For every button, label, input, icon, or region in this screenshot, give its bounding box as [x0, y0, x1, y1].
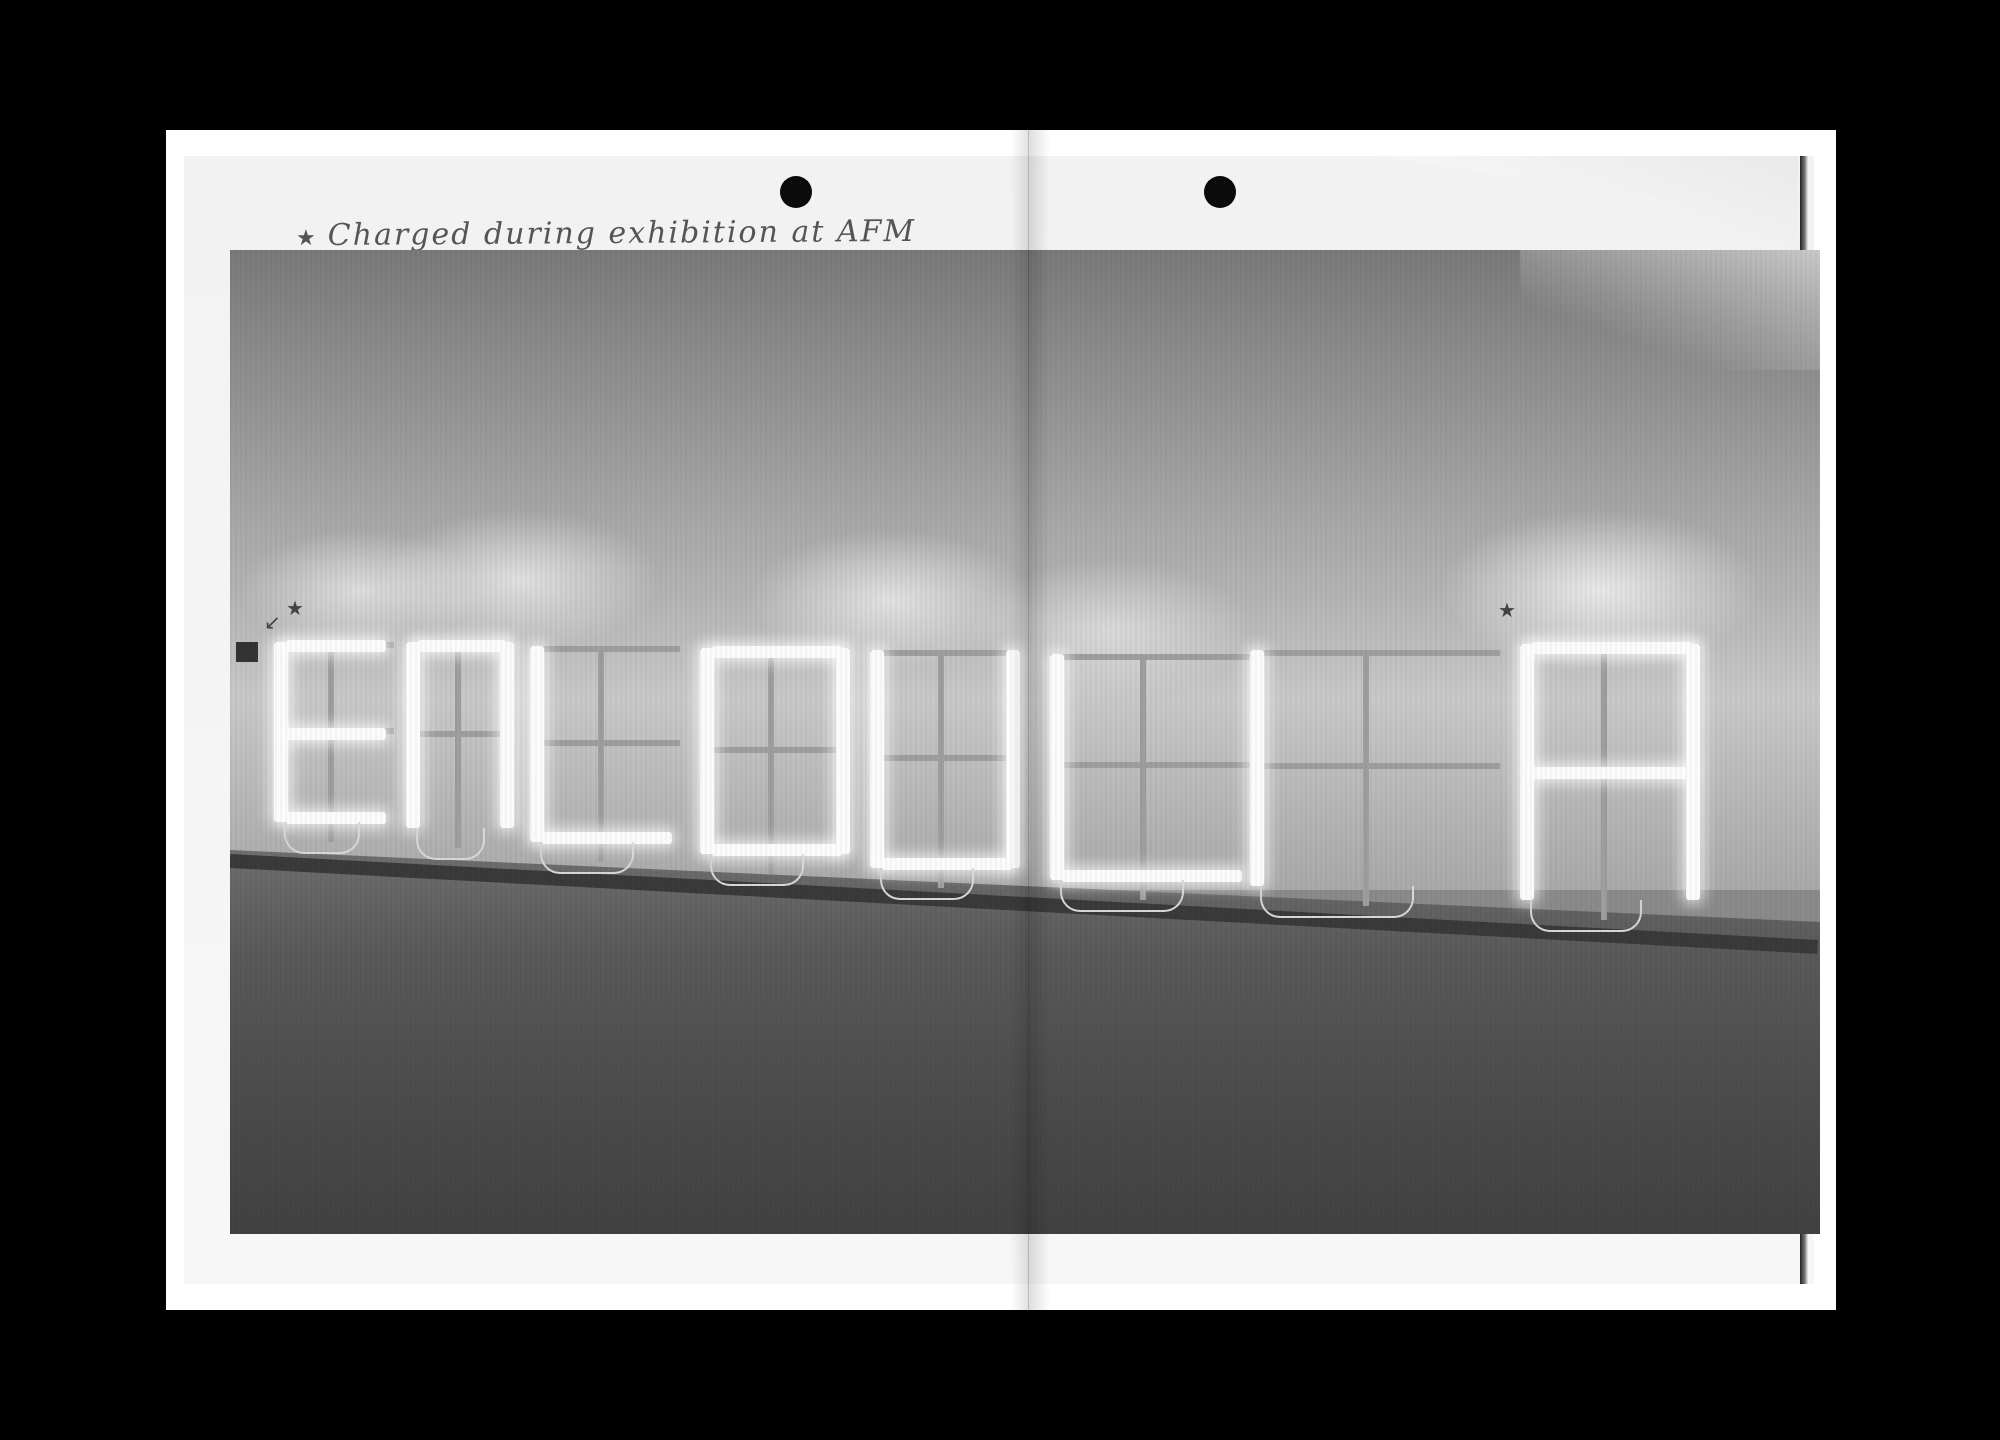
frame-bar — [1050, 654, 1250, 660]
frame-bar — [938, 650, 944, 888]
frame-bar — [1601, 644, 1607, 920]
scanned-page: ★Charged during exhibition at AFM ↙ ★ ★ — [184, 156, 1814, 1284]
fluorescent-tube — [500, 642, 514, 828]
fluorescent-tube — [286, 728, 386, 740]
frame-bar — [1140, 654, 1146, 900]
binding-gutter-line — [1028, 130, 1029, 1310]
annotation-text: Charged during exhibition at AFM — [328, 214, 917, 253]
power-cable — [710, 854, 804, 886]
power-cable — [416, 828, 485, 860]
fluorescent-tube — [870, 650, 884, 868]
fluorescent-tube — [1532, 642, 1692, 654]
frame-bar — [1250, 763, 1500, 769]
frame-bar — [870, 755, 1020, 761]
frame-bar — [1050, 762, 1250, 768]
fluorescent-tube — [700, 648, 714, 854]
frame-bar — [870, 650, 1020, 656]
fluorescent-tube — [1250, 650, 1264, 886]
punch-hole-left — [780, 176, 812, 208]
fluorescent-tube — [418, 640, 506, 652]
power-cable — [1530, 900, 1642, 932]
star-marker-icon: ★ — [296, 226, 318, 251]
star-mark-icon-right: ★ — [1498, 598, 1516, 622]
punch-hole-right — [1204, 176, 1236, 208]
power-cable — [880, 868, 974, 900]
power-cable — [1260, 886, 1414, 918]
frame-bar — [1250, 650, 1500, 656]
fluorescent-tube — [530, 646, 544, 842]
fluorescent-tube — [1532, 767, 1692, 779]
arrow-mark-icon: ↙ — [264, 610, 281, 634]
fluorescent-tube — [406, 642, 420, 828]
fluorescent-tube — [712, 646, 842, 658]
frame-bar — [768, 648, 774, 874]
binding-gutter — [1010, 130, 1050, 1310]
power-cable — [284, 822, 360, 854]
frame-bar — [598, 646, 604, 862]
power-cable — [1060, 880, 1184, 912]
booklet-spread: ★Charged during exhibition at AFM ↙ ★ ★ — [166, 130, 1836, 1310]
handwritten-annotation: ★Charged during exhibition at AFM — [296, 214, 916, 253]
fluorescent-tube — [836, 648, 850, 854]
star-mark-icon: ★ — [286, 596, 304, 620]
fluorescent-tube — [286, 640, 386, 652]
frame-bar — [530, 740, 680, 746]
frame-bar — [530, 646, 680, 652]
fluorescent-tube — [1050, 654, 1064, 880]
frame-bar — [700, 747, 850, 753]
frame-bar — [455, 642, 461, 848]
frame-bar — [1363, 650, 1369, 906]
power-cable — [540, 842, 634, 874]
fluorescent-tube — [1686, 644, 1700, 900]
